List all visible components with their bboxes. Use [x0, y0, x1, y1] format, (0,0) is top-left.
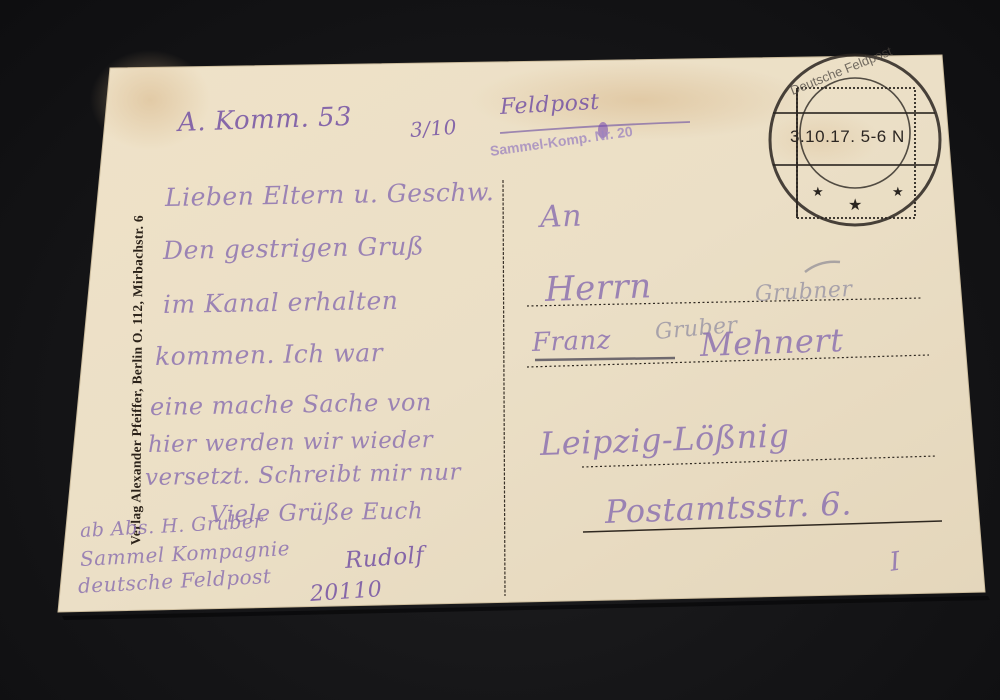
message-line: kommen. Ich war: [155, 338, 384, 371]
address-salutation: An: [539, 199, 582, 235]
address-title: Herrn: [544, 266, 652, 310]
message-line: im Kanal erhalten: [163, 286, 399, 319]
header-note-date: 3/10: [409, 115, 457, 142]
sender-number: 20110: [309, 577, 383, 607]
publisher-imprint: Verlag Alexander Pfeiffer, Berlin O. 112…: [128, 215, 147, 545]
header-note-right: Feldpost: [499, 90, 600, 120]
postmark-star-icon: ★: [892, 185, 904, 200]
header-note-left: A. Komm. 53: [177, 102, 352, 138]
postmark-star-icon: ★: [812, 185, 824, 200]
message-line: eine mache Sache von: [150, 388, 432, 421]
address-surname: Mehnert: [699, 321, 844, 364]
message-line: Lieben Eltern u. Geschw.: [165, 177, 495, 212]
message-line: hier werden wir wieder: [148, 427, 434, 458]
postmark-date: 3.10.17. 5-6 N: [790, 127, 905, 147]
message-line: versetzt. Schreibt mir nur: [145, 459, 461, 491]
sender-signature: Rudolf: [344, 542, 425, 573]
pencil-correction-2: Grubner: [754, 277, 853, 307]
postmark-star-icon: ★: [848, 195, 862, 214]
address-struck-name: Franz: [531, 325, 611, 358]
message-line: Den gestrigen Gruß: [163, 231, 425, 265]
